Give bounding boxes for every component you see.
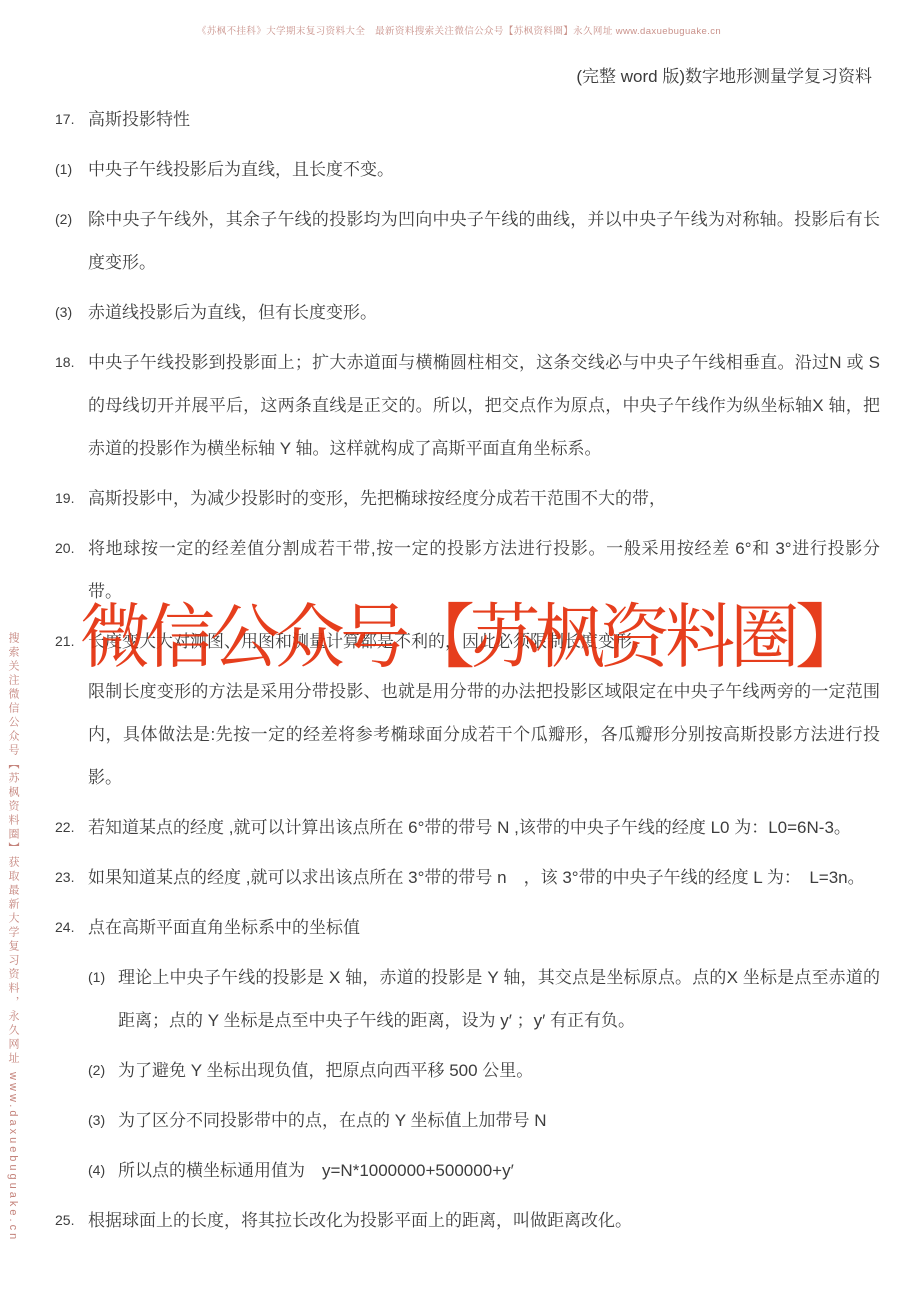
item-number: 23. [55,856,88,899]
side-promo-notice: 搜索关注微信公众号【苏枫资料圈】获取最新大学复习资料，永久网址 www.daxu… [5,632,21,1277]
item-number: 22. [55,806,88,849]
item-text: 根据球面上的长度，将其拉长改化为投影平面上的距离，叫做距离改化。 [88,1199,880,1242]
item-number: 17. [55,98,88,141]
item-number: (1) [55,148,88,191]
sub-list-item: (2) 为了避免 Y 坐标出现负值，把原点向西平移 500 公里。 [88,1049,880,1092]
item-text: 高斯投影特性 [88,98,880,141]
list-item: (1) 中央子午线投影后为直线，且长度不变。 [55,148,880,191]
item-number: (2) [55,198,88,284]
list-item-continuation: 限制长度变形的方法是采用分带投影、也就是用分带的办法把投影区域限定在中央子午线两… [55,670,880,799]
item-number: (4) [88,1149,118,1192]
item-number: 21. [55,620,88,663]
list-item: 25. 根据球面上的长度，将其拉长改化为投影平面上的距离，叫做距离改化。 [55,1199,880,1242]
sub-list-item: (1) 理论上中央子午线的投影是 X 轴，赤道的投影是 Y 轴，其交点是坐标原点… [88,956,880,1042]
sub-list-item: (4) 所以点的横坐标通用值为 y=N*1000000+500000+y′ [88,1149,880,1192]
document-body: 17. 高斯投影特性 (1) 中央子午线投影后为直线，且长度不变。 (2) 除中… [55,98,880,1249]
list-item: (2) 除中央子午线外，其余子午线的投影均为凹向中央子午线的曲线，并以中央子午线… [55,198,880,284]
list-item: (3) 赤道线投影后为直线，但有长度变形。 [55,291,880,334]
item-number: 18. [55,341,88,470]
item-text: 赤道线投影后为直线，但有长度变形。 [88,291,880,334]
list-item: 22. 若知道某点的经度 ,就可以计算出该点所在 6°带的带号 N ,该带的中央… [55,806,880,849]
item-text: 高斯投影中，为减少投影时的变形，先把椭球按经度分成若干范围不大的带， [88,477,880,520]
item-text: 理论上中央子午线的投影是 X 轴，赤道的投影是 Y 轴，其交点是坐标原点。点的X… [118,956,880,1042]
item-number: 19. [55,477,88,520]
item-text: 中央子午线投影后为直线，且长度不变。 [88,148,880,191]
item-text: 中央子午线投影到投影面上；扩大赤道面与横椭圆柱相交，这条交线必与中央子午线相垂直… [88,341,880,470]
item-text: 点在高斯平面直角坐标系中的坐标值 [88,906,880,949]
item-number: 25. [55,1199,88,1242]
item-number: 24. [55,906,88,949]
list-item: 18. 中央子午线投影到投影面上；扩大赤道面与横椭圆柱相交，这条交线必与中央子午… [55,341,880,470]
list-item: 20. 将地球按一定的经差值分割成若干带,按一定的投影方法进行投影。一般采用按经… [55,527,880,613]
item-text: 为了避免 Y 坐标出现负值，把原点向西平移 500 公里。 [118,1049,880,1092]
item-text: 限制长度变形的方法是采用分带投影、也就是用分带的办法把投影区域限定在中央子午线两… [88,670,880,799]
item-number: 20. [55,527,88,613]
item-text: 将地球按一定的经差值分割成若干带,按一定的投影方法进行投影。一般采用按经差 6°… [88,527,880,613]
list-item: 21. 长度变大大对测图、用图和测量计算都是不利的，因此必须限制长度变形。 [55,620,880,663]
item-text: 如果知道某点的经度 ,就可以求出该点所在 3°带的带号 n ，该 3°带的中央子… [88,856,880,899]
item-number: (1) [88,956,118,1042]
header-promo-notice: 《苏枫不挂科》大学期末复习资料大全 最新资料搜索关注微信公众号【苏枫资料圈】永久… [0,23,918,37]
item-number: (2) [88,1049,118,1092]
list-item: 23. 如果知道某点的经度 ,就可以求出该点所在 3°带的带号 n ，该 3°带… [55,856,880,899]
item-text: 为了区分不同投影带中的点，在点的 Y 坐标值上加带号 N [118,1099,880,1142]
list-item: 17. 高斯投影特性 [55,98,880,141]
page-title: (完整 word 版)数字地形测量学复习资料 [576,62,872,87]
list-item: 19. 高斯投影中，为减少投影时的变形，先把椭球按经度分成若干范围不大的带， [55,477,880,520]
sub-list-item: (3) 为了区分不同投影带中的点，在点的 Y 坐标值上加带号 N [88,1099,880,1142]
document-page: 《苏枫不挂科》大学期末复习资料大全 最新资料搜索关注微信公众号【苏枫资料圈】永久… [0,0,918,1298]
item-text: 所以点的横坐标通用值为 y=N*1000000+500000+y′ [118,1149,880,1192]
item-text: 长度变大大对测图、用图和测量计算都是不利的，因此必须限制长度变形。 [88,620,880,663]
item-text: 若知道某点的经度 ,就可以计算出该点所在 6°带的带号 N ,该带的中央子午线的… [88,806,880,849]
item-number: (3) [55,291,88,334]
item-text: 除中央子午线外，其余子午线的投影均为凹向中央子午线的曲线，并以中央子午线为对称轴… [88,198,880,284]
item-number [55,670,88,799]
list-item: 24. 点在高斯平面直角坐标系中的坐标值 [55,906,880,949]
item-number: (3) [88,1099,118,1142]
